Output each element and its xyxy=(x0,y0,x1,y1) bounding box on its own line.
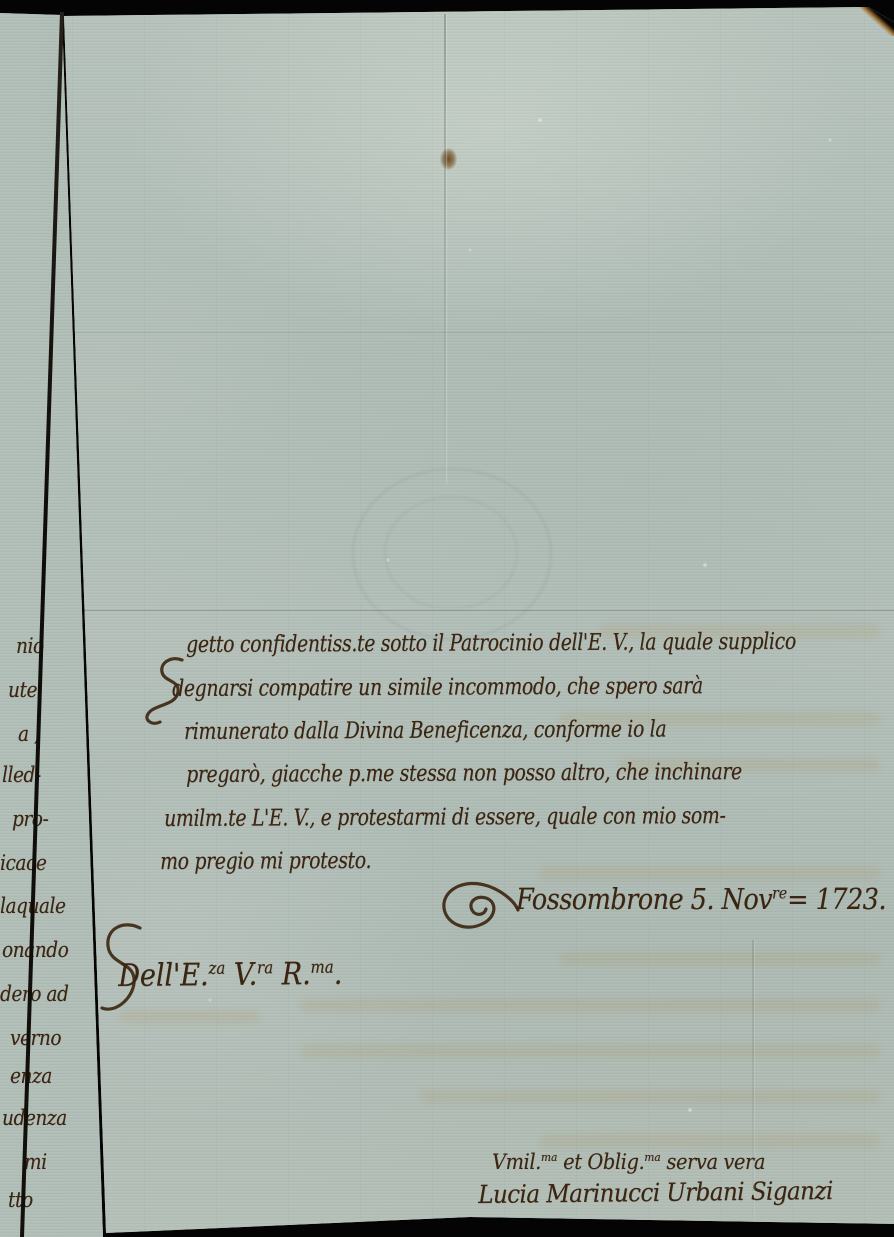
fold-crease-horizontal xyxy=(64,608,894,611)
body-line: degnarsi compatire un simile incommodo, … xyxy=(172,673,703,702)
salutation: Dell'E.za V.ra R.ma. xyxy=(118,956,342,994)
spiral-flourish-icon xyxy=(438,876,522,938)
fold-crease-horizontal xyxy=(64,330,894,333)
foxing-stain xyxy=(440,148,457,170)
bleedthrough-streak xyxy=(420,1090,880,1104)
salutation-text: Dell'E. xyxy=(118,957,209,994)
watermark-inner-circle xyxy=(384,496,518,610)
dateline: Fossombrone 5. Novre= 1723. xyxy=(516,882,886,916)
bleedthrough-streak xyxy=(300,998,880,1012)
bleedthrough-streak xyxy=(540,1134,880,1148)
laid-paper-texture xyxy=(0,0,894,1237)
watermark-circle xyxy=(352,468,552,640)
salutation-text: V. xyxy=(225,957,257,993)
salutation-text: R. xyxy=(273,956,311,992)
fold-crease-vertical xyxy=(444,14,446,484)
dateline-month-superscript: re xyxy=(772,883,787,902)
left-page-fragment: enza xyxy=(10,1064,52,1088)
salutation-superscript: ma xyxy=(310,958,333,978)
left-page-fragment: ute xyxy=(8,678,37,702)
salutation-superscript: za xyxy=(208,959,225,979)
scanned-letter-page: nio ute a , lled- pro- icace laquale ona… xyxy=(0,0,894,1237)
left-page-fragment: mi xyxy=(24,1150,47,1174)
dateline-place-day: Fossombrone 5. Nov xyxy=(516,882,772,916)
bleedthrough-streak xyxy=(560,952,880,966)
dateline-year: = 1723. xyxy=(787,882,886,916)
corner-fold xyxy=(854,0,894,36)
bleedthrough-streak xyxy=(540,866,880,880)
letter-page: getto confidentiss.te sotto il Patrocini… xyxy=(0,0,894,1237)
left-page-fragment: dero ad xyxy=(0,982,68,1006)
body-line: umilm.te L'E. V., e protestarmi di esser… xyxy=(164,803,726,832)
signature-closing: Vmil.ma et Oblig.ma serva vera xyxy=(492,1150,765,1174)
salutation-superscript: ra xyxy=(257,958,273,978)
body-line: pregarò, giacche p.me stessa non posso a… xyxy=(186,759,742,788)
left-page-fragment: verno xyxy=(10,1026,61,1050)
bleedthrough-streak xyxy=(300,1044,880,1058)
closing-superscript: ma xyxy=(541,1150,557,1164)
body-line: mo pregio mi protesto. xyxy=(160,848,371,875)
body-line: getto confidentiss.te sotto il Patrocini… xyxy=(186,629,796,658)
closing-text: Vmil. xyxy=(492,1150,541,1174)
body-line: rimunerato dalla Divina Beneficenza, con… xyxy=(184,716,666,745)
closing-text: et Oblig. xyxy=(557,1150,644,1174)
closing-superscript: ma xyxy=(644,1150,660,1164)
left-page-fragment: pro- xyxy=(12,807,48,831)
left-page-fragment: udenza xyxy=(2,1106,67,1130)
salutation-text: . xyxy=(334,956,343,992)
left-page-fragment: icace xyxy=(0,851,46,875)
closing-text: serva vera xyxy=(661,1150,765,1174)
signature-name: Lucia Marinucci Urbani Siganzi xyxy=(478,1176,833,1209)
paper-specks xyxy=(0,0,894,1237)
bleedthrough-streak xyxy=(120,1010,260,1024)
left-page-fragment: onando xyxy=(2,938,68,962)
